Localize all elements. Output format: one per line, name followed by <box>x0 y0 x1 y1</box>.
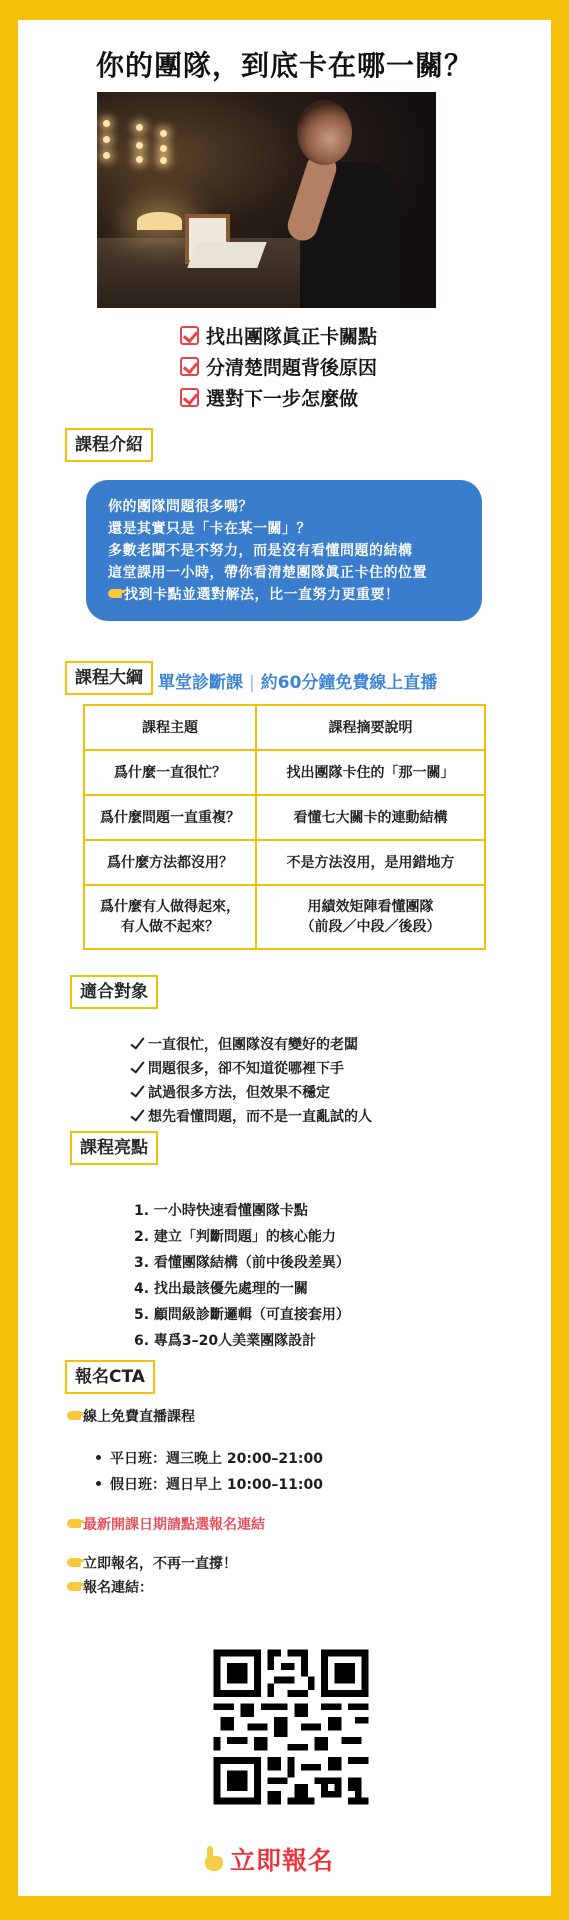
list-item-text: 一直很忙，但團隊沒有變好的老闆 <box>148 1037 358 1053</box>
list-item: 問題很多，卻不知道從哪裡下手 <box>130 1057 372 1081</box>
section-tag-intro: 課程介紹 <box>65 428 153 462</box>
list-item: 3. 看懂團隊結構（前中後段差異） <box>134 1250 350 1276</box>
list-item: 2. 建立「判斷問題」的核心能力 <box>134 1224 350 1250</box>
register-now-text: 立即報名，不再一直撐！ <box>83 1556 237 1572</box>
checkbox-checked-icon <box>180 388 199 407</box>
list-item: 1. 一小時快速看懂團隊卡點 <box>134 1198 350 1224</box>
table-header-row: 課程主題 課程摘要說明 <box>84 705 485 750</box>
checklist-text: 分清楚問題背後原因 <box>206 353 377 380</box>
list-item: 4. 找出最該優先處理的一關 <box>134 1276 350 1302</box>
checklist-item: 找出團隊眞正卡關點 <box>180 320 377 350</box>
pointing-hand-icon <box>67 1519 81 1528</box>
section-tag-cta: 報名CTA <box>65 1360 155 1394</box>
register-button[interactable]: 立即報名 <box>204 1842 334 1876</box>
list-item: 試過很多方法，但效果不穩定 <box>130 1081 372 1105</box>
session-text: 平日班：週三晚上 20:00–21:00 <box>110 1451 323 1467</box>
highlights-list: 1. 一小時快速看懂團隊卡點 2. 建立「判斷問題」的核心能力 3. 看懂團隊結… <box>134 1198 350 1354</box>
intro-line: 找到卡點並選對解法，比一直努力更重要！ <box>108 584 482 606</box>
checkmark-icon <box>130 1037 144 1049</box>
checklist-text: 找出團隊眞正卡關點 <box>206 322 377 349</box>
outline-subtitle-b: 約60分鐘免費線上直播 <box>261 673 438 693</box>
table-row: 爲什麼問題一直重複？ 看懂七大關卡的連動結構 <box>84 795 485 840</box>
table-header: 課程主題 <box>84 705 256 750</box>
notice-text: 最新開課日期請點選報名連結 <box>83 1517 265 1533</box>
list-item: 想先看懂問題，而不是一直亂試的人 <box>130 1105 372 1129</box>
table-row: 爲什麼有人做得起來， 有人做不起來？ 用績效矩陣看懂團隊 （前段／中段／後段） <box>84 885 485 949</box>
session-list: 平日班：週三晚上 20:00–21:00 假日班：週日早上 10:00–11:0… <box>96 1446 323 1498</box>
table-cell-topic: 爲什麼方法都沒用？ <box>84 840 256 885</box>
outline-table: 課程主題 課程摘要說明 爲什麼一直很忙？ 找出團隊卡住的「那一關」 爲什麼問題一… <box>83 704 486 950</box>
checkmark-icon <box>130 1085 144 1097</box>
pointing-hand-icon <box>67 1582 81 1591</box>
summary-line: （前段／中段／後段） <box>257 917 484 937</box>
table-cell-topic: 爲什麼有人做得起來， 有人做不起來？ <box>84 885 256 949</box>
checklist-text: 選對下一步怎麼做 <box>206 384 358 411</box>
checkmark-icon <box>130 1061 144 1073</box>
audience-list: 一直很忙，但團隊沒有變好的老闆 問題很多，卻不知道從哪裡下手 試過很多方法，但效… <box>130 1033 372 1129</box>
free-live-line: 線上免費直播課程 <box>67 1406 195 1426</box>
checklist-item: 分清楚問題背後原因 <box>180 351 377 381</box>
table-header: 課程摘要說明 <box>256 705 485 750</box>
table-cell-summary: 不是方法沒用，是用錯地方 <box>256 840 485 885</box>
page-card: 你的團隊，到底卡在哪一關？ 找出團隊眞正卡關點 分清楚問題背後原因 選對下一步怎… <box>18 20 551 1896</box>
list-item: 一直很忙，但團隊沒有變好的老闆 <box>130 1033 372 1057</box>
table-cell-summary: 看懂七大關卡的連動結構 <box>256 795 485 840</box>
free-live-text: 線上免費直播課程 <box>83 1409 195 1425</box>
outline-subtitle-a: 單堂診斷課 <box>158 673 243 693</box>
section-tag-highlights: 課程亮點 <box>70 1131 158 1165</box>
qr-code-icon <box>207 1643 375 1811</box>
intro-line: 你的團隊問題很多嗎？ <box>108 496 482 518</box>
table-cell-summary: 用績效矩陣看懂團隊 （前段／中段／後段） <box>256 885 485 949</box>
register-button-label: 立即報名 <box>230 1841 334 1877</box>
pointing-hand-icon <box>67 1411 81 1420</box>
hero-image <box>97 92 436 308</box>
intro-line: 多數老闆不是不努力，而是沒有看懂問題的結構 <box>108 540 482 562</box>
table-cell-topic: 爲什麼一直很忙？ <box>84 750 256 795</box>
session-text: 假日班：週日早上 10:00–11:00 <box>110 1477 323 1493</box>
topic-line: 有人做不起來？ <box>85 917 255 937</box>
list-item-text: 問題很多，卻不知道從哪裡下手 <box>148 1061 344 1077</box>
section-tag-outline: 課程大綱 <box>65 661 153 695</box>
divider: | <box>249 673 255 693</box>
section-tag-audience: 適合對象 <box>70 975 158 1009</box>
list-item: 5. 顧問級診斷邏輯（可直接套用） <box>134 1302 350 1328</box>
checkbox-checked-icon <box>180 326 199 345</box>
pointing-hand-icon <box>67 1558 81 1567</box>
page-title: 你的團隊，到底卡在哪一關？ <box>18 44 551 84</box>
checkbox-checked-icon <box>180 357 199 376</box>
intro-line: 這堂課用一小時，帶你看清楚團隊眞正卡住的位置 <box>108 562 482 584</box>
intro-line: 還是其實只是「卡在某一關」？ <box>108 518 482 540</box>
table-row: 爲什麼方法都沒用？ 不是方法沒用，是用錯地方 <box>84 840 485 885</box>
session-item: 假日班：週日早上 10:00–11:00 <box>96 1472 323 1498</box>
topic-line: 爲什麼有人做得起來， <box>85 897 255 917</box>
checkmark-icon <box>130 1109 144 1121</box>
list-item-text: 試過很多方法，但效果不穩定 <box>148 1085 330 1101</box>
list-item: 6. 專爲3–20人美業團隊設計 <box>134 1328 350 1354</box>
checklist-item: 選對下一步怎麼做 <box>180 382 358 412</box>
pointing-up-hand-icon <box>204 1846 226 1872</box>
outline-subtitle: 單堂診斷課|約60分鐘免費線上直播 <box>158 668 437 693</box>
table-cell-topic: 爲什麼問題一直重複？ <box>84 795 256 840</box>
bullet-icon <box>96 1481 101 1486</box>
link-label-line: 報名連結： <box>67 1577 153 1597</box>
summary-line: 用績效矩陣看懂團隊 <box>257 897 484 917</box>
registration-qr-code[interactable] <box>207 1643 375 1811</box>
pointing-hand-icon <box>108 589 122 598</box>
session-item: 平日班：週三晚上 20:00–21:00 <box>96 1446 323 1472</box>
link-label-text: 報名連結： <box>83 1580 153 1596</box>
table-row: 爲什麼一直很忙？ 找出團隊卡住的「那一關」 <box>84 750 485 795</box>
register-now-line: 立即報名，不再一直撐！ <box>67 1553 237 1573</box>
list-item-text: 想先看懂問題，而不是一直亂試的人 <box>148 1109 372 1125</box>
table-cell-summary: 找出團隊卡住的「那一關」 <box>256 750 485 795</box>
intro-bubble: 你的團隊問題很多嗎？ 還是其實只是「卡在某一關」？ 多數老闆不是不努力，而是沒有… <box>86 480 482 621</box>
bullet-icon <box>96 1455 101 1460</box>
notice-line: 最新開課日期請點選報名連結 <box>67 1514 265 1534</box>
intro-highlight-text: 找到卡點並選對解法，比一直努力更重要！ <box>124 587 400 603</box>
